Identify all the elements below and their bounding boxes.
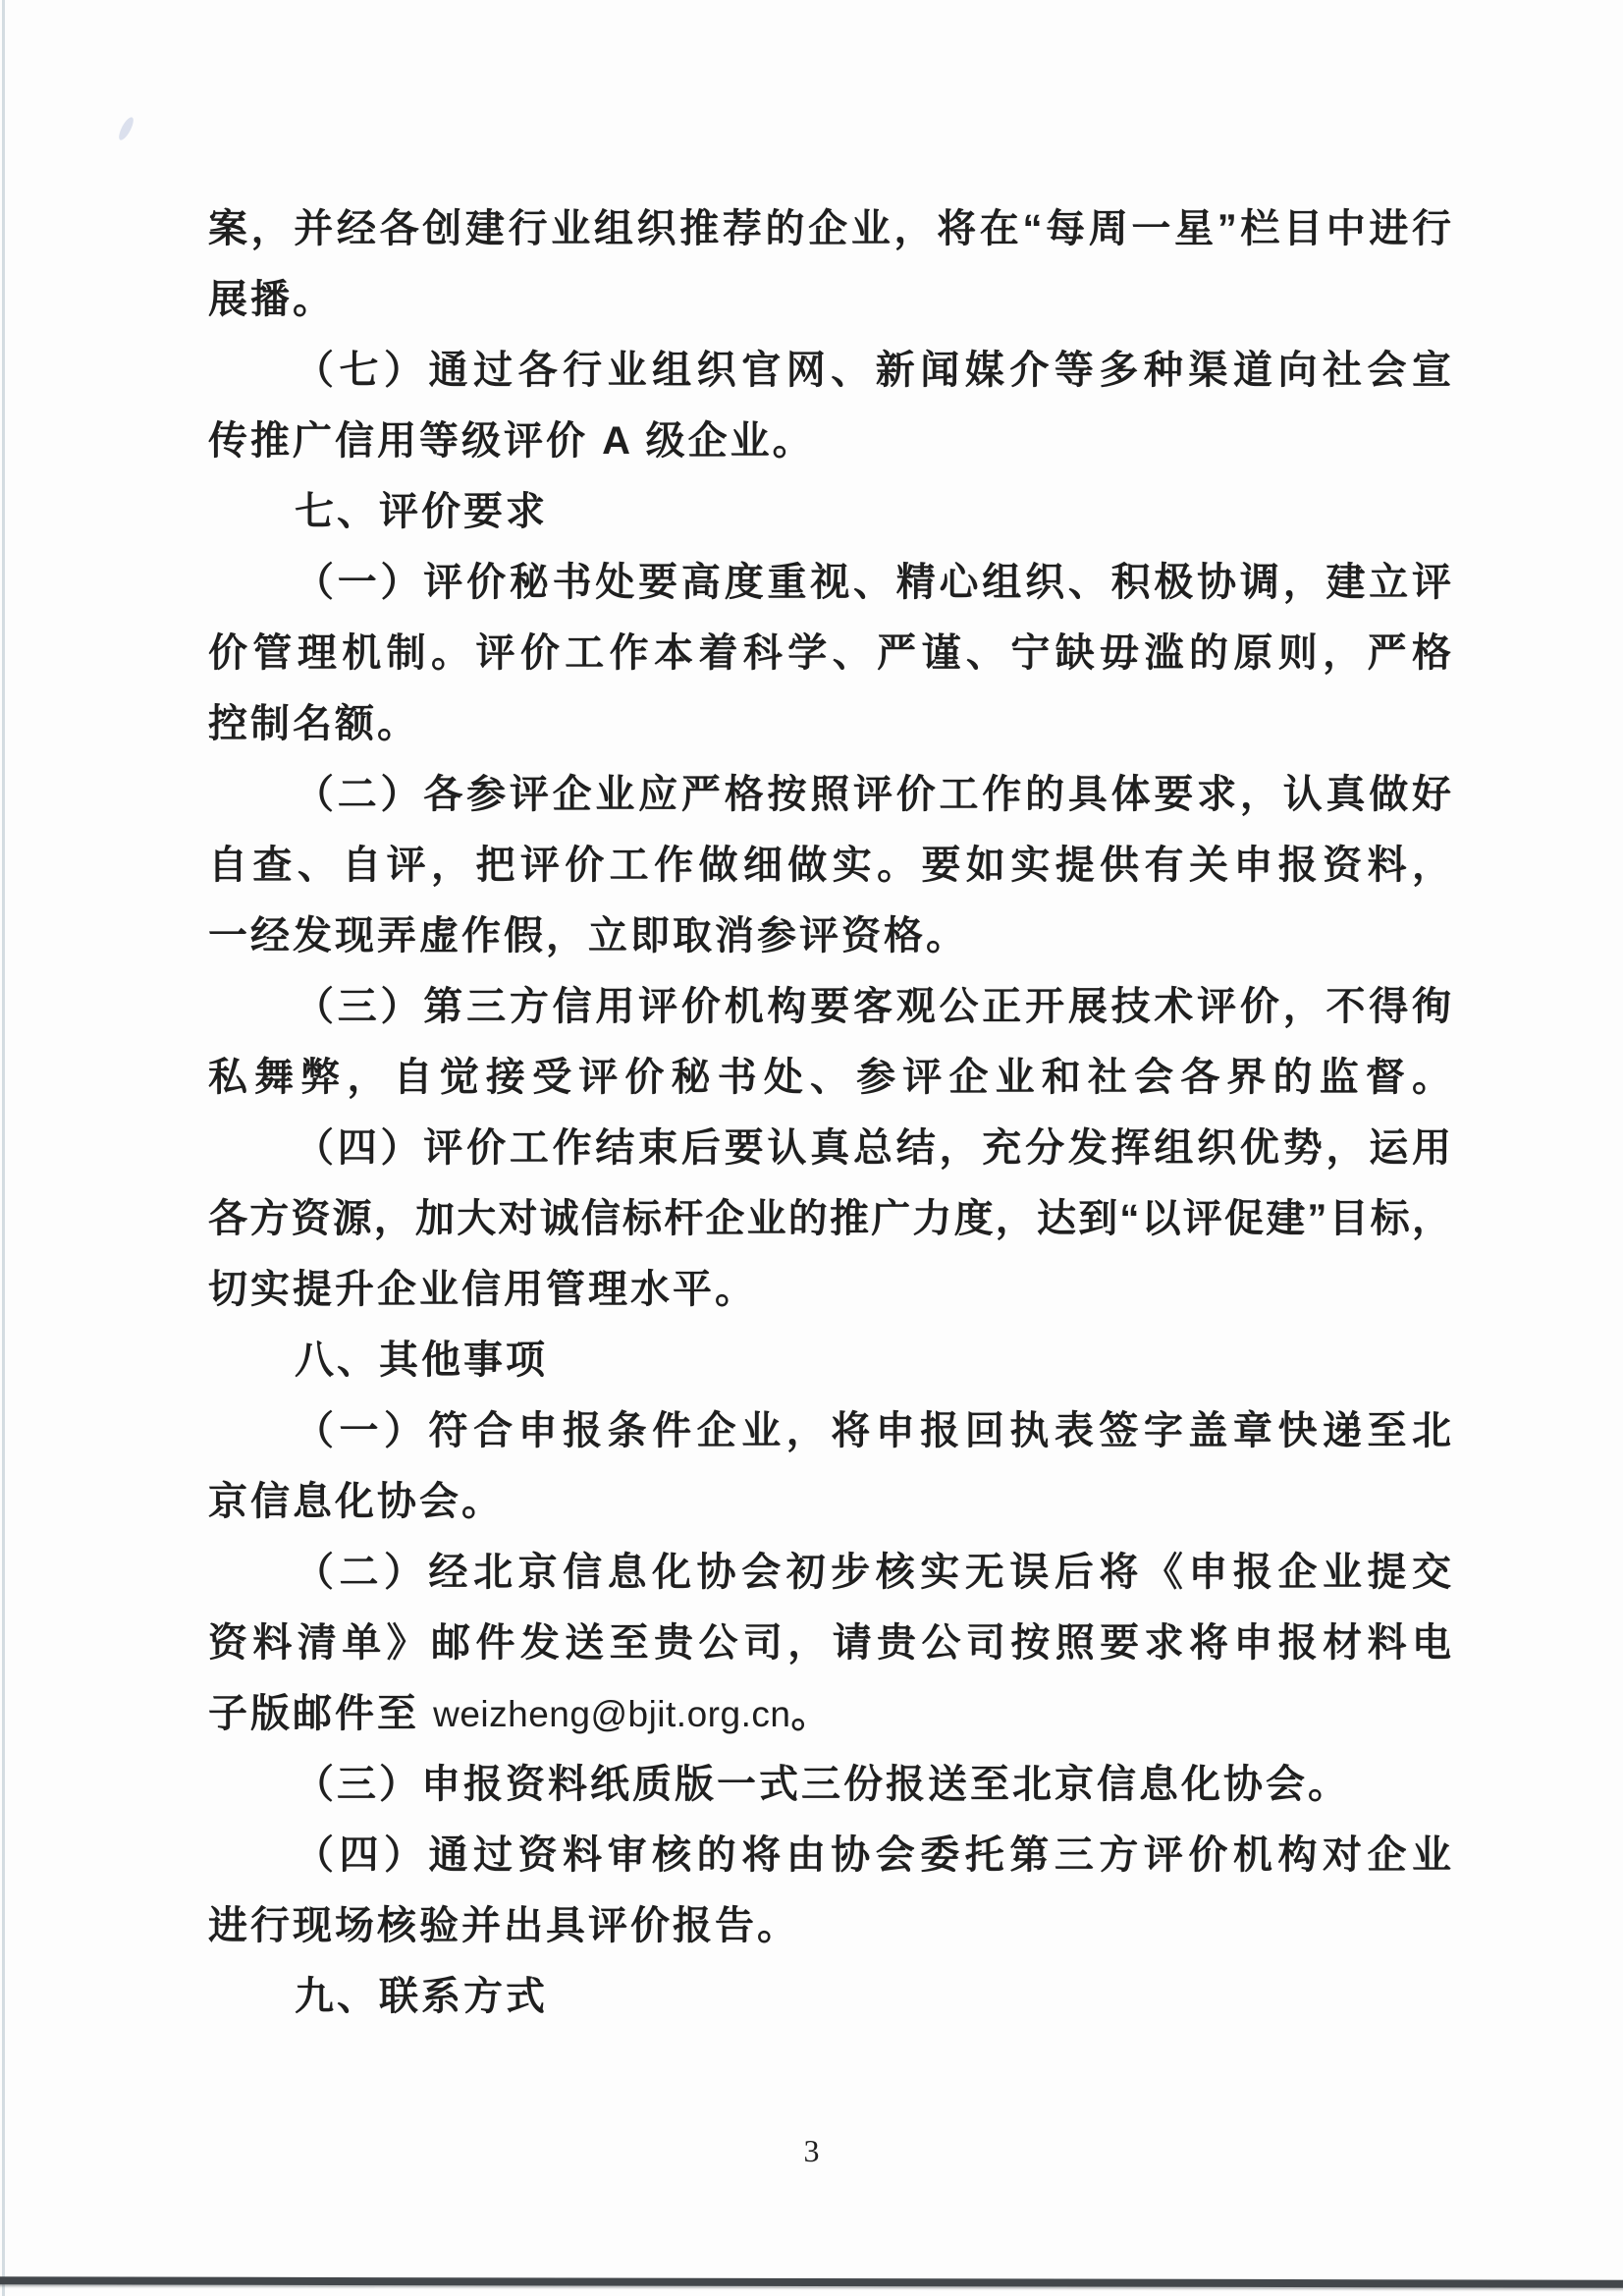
text-line: 价管理机制。评价工作本着科学、严谨、宁缺毋滥的原则，严格 xyxy=(208,618,1451,688)
text-line: 展播。 xyxy=(208,264,1451,335)
scan-left-edge-artifact xyxy=(2,0,5,2296)
text-line: 控制名额。 xyxy=(208,688,1451,759)
text-line: 切实提升企业信用管理水平。 xyxy=(208,1254,1451,1325)
text-line: 资料清单》邮件发送至贵公司，请贵公司按照要求将申报材料电 xyxy=(208,1608,1451,1678)
text-line: （二）经北京信息化协会初步核实无误后将《申报企业提交 xyxy=(208,1537,1451,1608)
text-line: 进行现场核验并出具评价报告。 xyxy=(208,1890,1451,1961)
text-line: 京信息化协会。 xyxy=(208,1466,1451,1537)
text-line: （一）符合申报条件企业，将申报回执表签字盖章快递至北 xyxy=(208,1395,1451,1466)
heading-line: 七、评价要求 xyxy=(208,476,1451,547)
text-line: 自查、自评，把评价工作做细做实。要如实提供有关申报资料， xyxy=(208,830,1451,901)
heading-line: 八、其他事项 xyxy=(208,1325,1451,1395)
cjk-text: 子版邮件至 xyxy=(208,1692,433,1735)
text-line: 子版邮件至 weizheng@bjit.org.cn。 xyxy=(208,1678,1451,1749)
email-text: weizheng@bjit.org.cn xyxy=(433,1694,790,1734)
text-line: （三）申报资料纸质版一式三份报送至北京信息化协会。 xyxy=(208,1749,1451,1820)
page-number: 3 xyxy=(0,2133,1623,2169)
text-line: （四）通过资料审核的将由协会委托第三方评价机构对企业 xyxy=(208,1820,1451,1890)
document-body: 案，并经各创建行业组织推荐的企业，将在“每周一星”栏目中进行展播。（七）通过各行… xyxy=(208,193,1451,2032)
text-line: （三）第三方信用评价机构要客观公正开展技术评价，不得徇 xyxy=(208,971,1451,1042)
cjk-text: 。 xyxy=(790,1692,833,1735)
text-line: （四）评价工作结束后要认真总结，充分发挥组织优势，运用 xyxy=(208,1113,1451,1183)
scan-smudge-artifact xyxy=(116,115,135,141)
text-line: （二）各参评企业应严格按照评价工作的具体要求，认真做好 xyxy=(208,759,1451,830)
text-line: 私舞弊，自觉接受评价秘书处、参评企业和社会各界的监督。 xyxy=(208,1042,1451,1113)
text-line: （一）评价秘书处要高度重视、精心组织、积极协调，建立评 xyxy=(208,547,1451,618)
text-line: 案，并经各创建行业组织推荐的企业，将在“每周一星”栏目中进行 xyxy=(208,193,1451,264)
text-line: 一经发现弄虚作假，立即取消参评资格。 xyxy=(208,901,1451,971)
scan-bottom-edge-artifact xyxy=(0,2276,1623,2287)
scanned-document-page: 案，并经各创建行业组织推荐的企业，将在“每周一星”栏目中进行展播。（七）通过各行… xyxy=(0,0,1623,2296)
heading-line: 九、联系方式 xyxy=(208,1961,1451,2032)
text-line: 各方资源，加大对诚信标杆企业的推广力度，达到“以评促建”目标， xyxy=(208,1183,1451,1254)
text-line: （七）通过各行业组织官网、新闻媒介等多种渠道向社会宣 xyxy=(208,335,1451,406)
text-line: 传推广信用等级评价 A 级企业。 xyxy=(208,406,1451,476)
